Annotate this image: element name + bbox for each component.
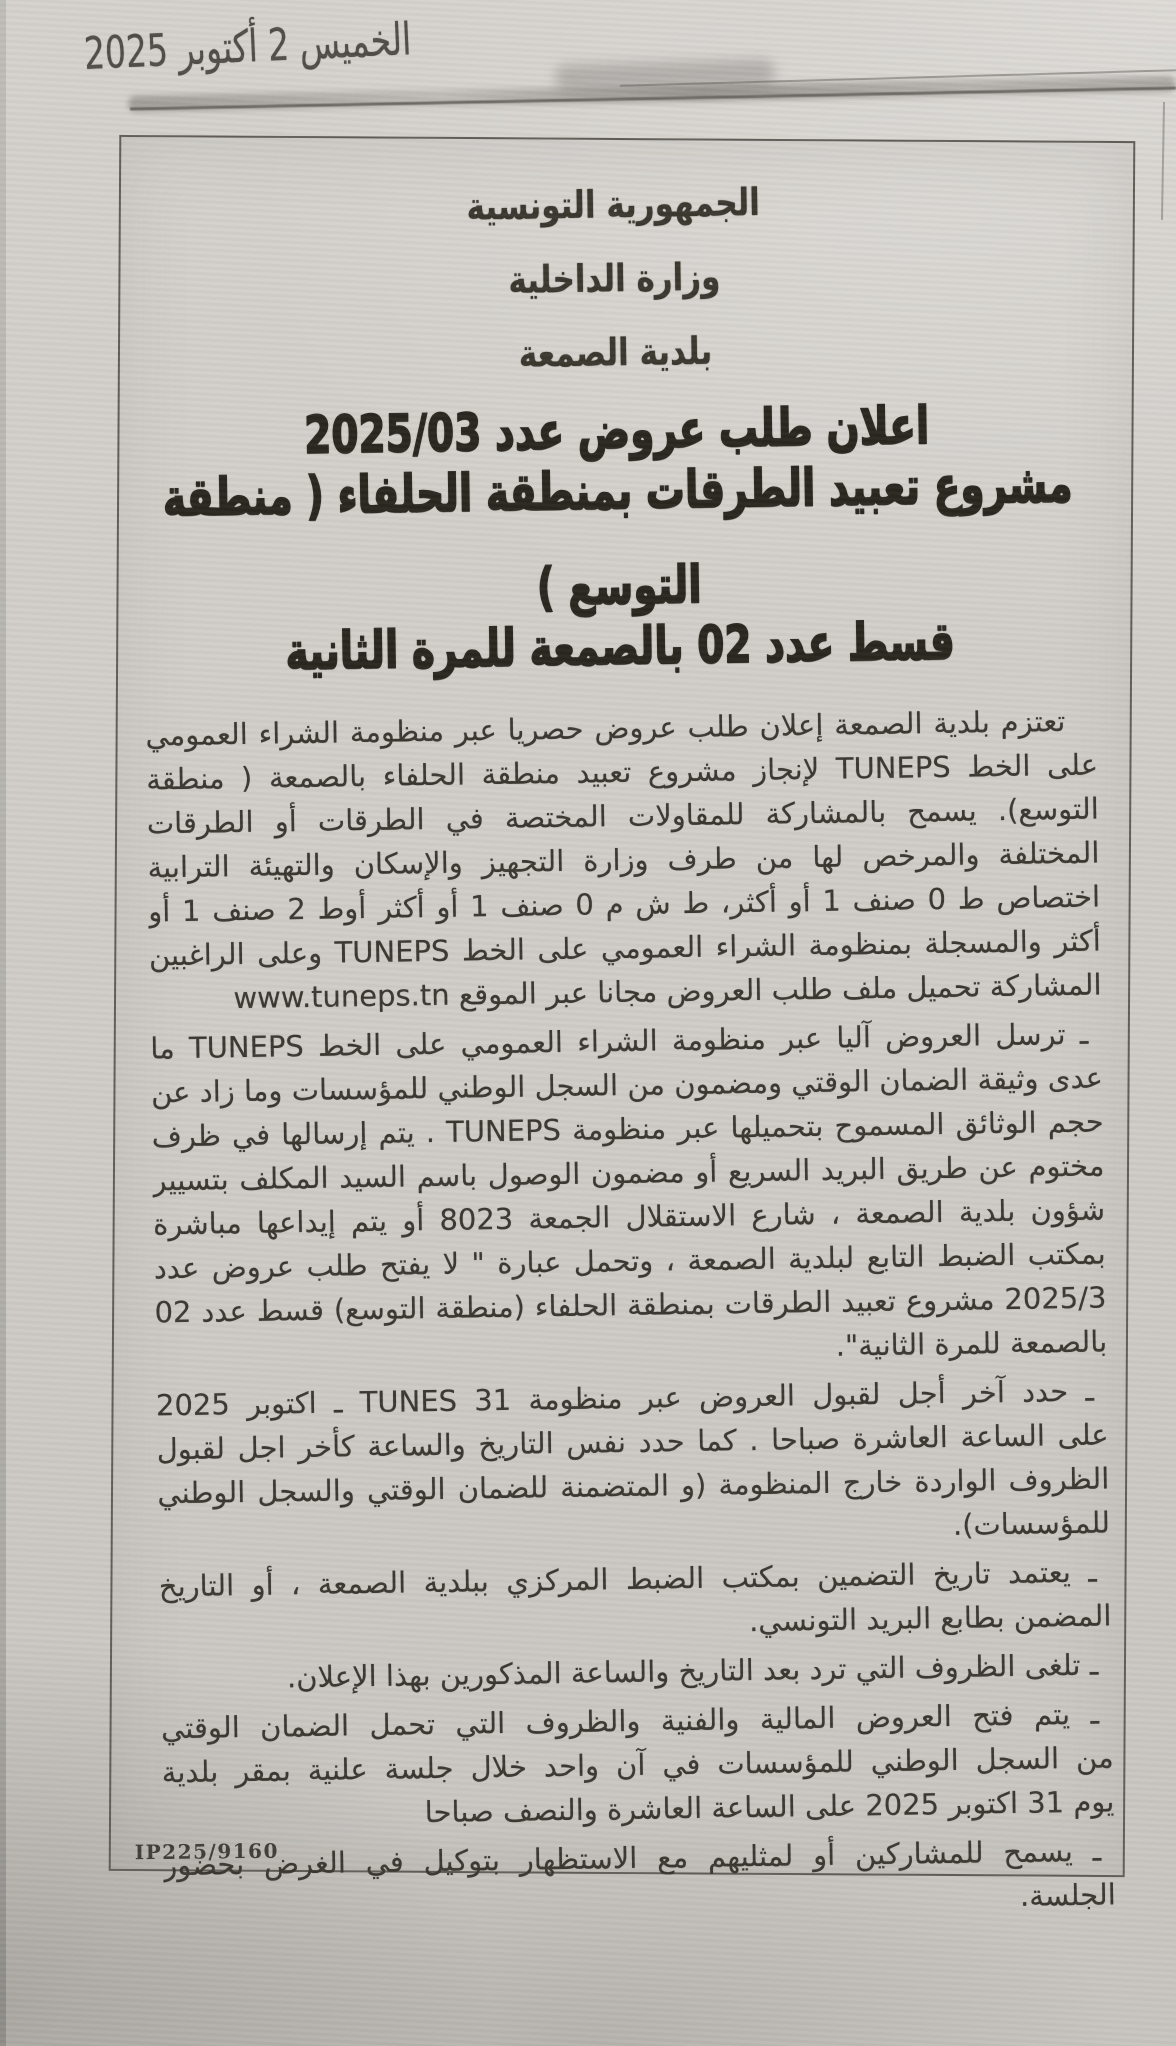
notice-content: الجمهورية التونسية وزارة الداخلية بلدية … <box>106 132 1145 1880</box>
press-reference: IP225/9160 <box>135 1839 279 1865</box>
paragraph-date-validity: ـ يعتمد تاريخ التضمين بمكتب الضبط المركز… <box>158 1549 1111 1652</box>
paragraph-attendance: ـ يسمح للمشاركين أو لمثليهم مع الاستظهار… <box>163 1828 1116 1931</box>
notice-title: اعلان طلب عروض عدد 2025/03 مشروع تعبيد ا… <box>140 389 1096 692</box>
tender-notice-box: الجمهورية التونسية وزارة الداخلية بلدية … <box>109 135 1136 1877</box>
paragraph-late-envelopes: ـ تلغى الظروف التي ترد بعد التاريخ والسا… <box>160 1642 1113 1701</box>
paragraph-opening-session: ـ يتم فتح العروض المالية والفنية والظروف… <box>161 1691 1115 1838</box>
paragraph-intro: تعتزم بلدية الصمعة إعلان طلب عروض حصريا … <box>145 699 1102 1022</box>
paragraph-submission: ـ ترسل العروض آليا عبر منظومة الشراء الع… <box>150 1012 1107 1379</box>
text-line: ـ تلغى الظروف التي ترد بعد التاريخ والسا… <box>160 1642 1113 1701</box>
newspaper-scan-page: الخميس 2 أكتوبر 2025 الجمهورية التونسية … <box>0 0 1176 2046</box>
org-header: الجمهورية التونسية وزارة الداخلية بلدية … <box>137 161 1092 398</box>
right-edge-artifact <box>1161 102 1165 220</box>
edition-date: الخميس 2 أكتوبر 2025 <box>83 12 412 79</box>
paragraph-deadline: ـ حدد آخر أجل لقبول العروض عبر منظومة TU… <box>156 1368 1111 1559</box>
title-lot-number: قسط عدد 02 بالصمعة للمرة الثانية <box>143 593 1096 703</box>
notice-body: تعتزم بلدية الصمعة إعلان طلب عروض حصريا … <box>145 699 1116 1932</box>
